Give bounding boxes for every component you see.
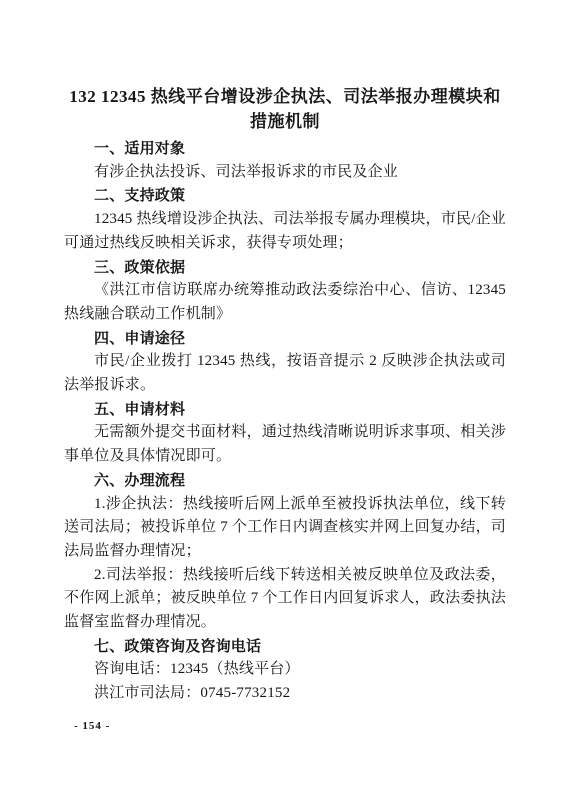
section-paragraph: 市民/企业拨打 12345 热线，按语音提示 2 反映涉企执法或司法举报诉求。: [64, 350, 506, 397]
section-application-materials: 五、申请材料 无需额外提交书面材料，通过热线清晰说明诉求事项、相关涉事单位及具体…: [64, 398, 506, 469]
section-paragraph: 洪江市司法局：0745-7732152: [64, 682, 506, 706]
section-consultation-phone: 七、政策咨询及咨询电话 咨询电话：12345（热线平台） 洪江市司法局：0745…: [64, 635, 506, 706]
section-paragraph: 无需额外提交书面材料，通过热线清晰说明诉求事项、相关涉事单位及具体情况即可。: [64, 421, 506, 468]
document-title: 132 12345 热线平台增设涉企执法、司法举报办理模块和 措施机制: [64, 84, 506, 134]
section-paragraph: 1.涉企执法：热线接听后网上派单至被投诉执法单位，线下转送司法局；被投诉单位 7…: [64, 493, 506, 564]
section-paragraph: 有涉企执法投诉、司法举报诉求的市民及企业: [64, 161, 506, 185]
section-application-channel: 四、申请途径 市民/企业拨打 12345 热线，按语音提示 2 反映涉企执法或司…: [64, 327, 506, 398]
title-line-2: 措施机制: [64, 109, 506, 134]
section-heading: 五、申请材料: [64, 398, 506, 422]
document-page: 132 12345 热线平台增设涉企执法、司法举报办理模块和 措施机制 一、适用…: [0, 0, 561, 793]
section-heading: 七、政策咨询及咨询电话: [64, 635, 506, 659]
section-paragraph: 2.司法举报：热线接听后线下转送相关被反映单位及政法委，不作网上派单；被反映单位…: [64, 564, 506, 635]
section-paragraph: 《洪江市信访联席办统筹推动政法委综治中心、信访、12345 热线融合联动工作机制…: [64, 279, 506, 326]
page-number: - 154 -: [74, 720, 110, 732]
section-processing-flow: 六、办理流程 1.涉企执法：热线接听后网上派单至被投诉执法单位，线下转送司法局；…: [64, 469, 506, 635]
section-heading: 四、申请途径: [64, 327, 506, 351]
section-paragraph: 咨询电话：12345（热线平台）: [64, 658, 506, 682]
section-heading: 二、支持政策: [64, 184, 506, 208]
section-heading: 一、适用对象: [64, 137, 506, 161]
section-support-policy: 二、支持政策 12345 热线增设涉企执法、司法举报专属办理模块，市民/企业可通…: [64, 184, 506, 255]
document-content: 132 12345 热线平台增设涉企执法、司法举报办理模块和 措施机制 一、适用…: [64, 84, 506, 706]
section-heading: 六、办理流程: [64, 469, 506, 493]
section-applicable-targets: 一、适用对象 有涉企执法投诉、司法举报诉求的市民及企业: [64, 137, 506, 184]
section-heading: 三、政策依据: [64, 256, 506, 280]
title-line-1: 132 12345 热线平台增设涉企执法、司法举报办理模块和: [64, 84, 506, 109]
section-paragraph: 12345 热线增设涉企执法、司法举报专属办理模块，市民/企业可通过热线反映相关…: [64, 208, 506, 255]
section-policy-basis: 三、政策依据 《洪江市信访联席办统筹推动政法委综治中心、信访、12345 热线融…: [64, 256, 506, 327]
